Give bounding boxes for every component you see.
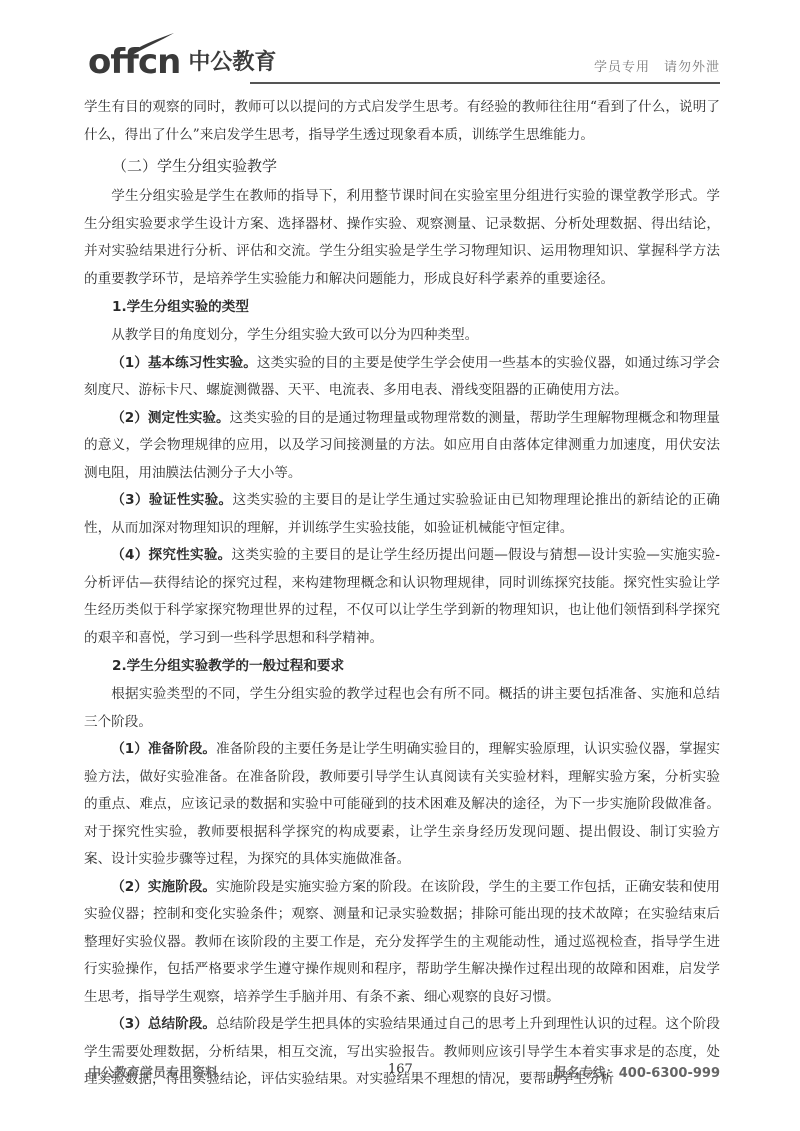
students-only-label: 学员专用 <box>594 60 650 75</box>
experiment-type-1: （1）基本练习性实验。这类实验的目的主要是使学生学会使用一些基本的实验仪器，如通… <box>84 350 720 405</box>
item-text: 实施阶段是实施实验方案的阶段。在该阶段，学生的主要工作包括，正确安装和使用实验仪… <box>84 879 720 1005</box>
page-header: offcn 中公教育 学员专用请勿外泄 <box>88 38 720 84</box>
item-lead: （2）测定性实验。 <box>111 410 229 426</box>
do-not-leak-label: 请勿外泄 <box>664 60 720 75</box>
item-lead: （1）基本练习性实验。 <box>111 355 257 371</box>
logo-swoosh-icon <box>126 32 176 56</box>
logo-chinese-text: 中公教育 <box>188 44 276 82</box>
confidential-tag: 学员专用请勿外泄 <box>594 56 720 75</box>
subsection-1-intro: 从教学目的角度划分，学生分组实验大致可以分为四种类型。 <box>84 322 720 350</box>
stage-1: （1）准备阶段。准备阶段的主要任务是让学生明确实验目的，理解实验原理，认识实验仪… <box>84 736 720 874</box>
intro-paragraph: 学生有目的观察的同时，教师可以以提问的方式启发学生思考。有经验的教师往往用“看到… <box>84 94 720 149</box>
experiment-type-4: （4）探究性实验。这类实验的主要目的是让学生经历提出问题—假设与猜想—设计实验—… <box>84 542 720 652</box>
offcn-logo: offcn 中公教育 <box>88 38 276 82</box>
section-intro-paragraph: 学生分组实验是学生在教师的指导下，利用整节课时间在实验室里分组进行实验的课堂教学… <box>84 183 720 293</box>
page-number: 167 <box>388 1062 413 1077</box>
subsection-2-intro: 根据实验类型的不同，学生分组实验的教学过程也会有所不同。概括的讲主要包括准备、实… <box>84 681 720 736</box>
item-lead: （3）总结阶段。 <box>111 1016 216 1032</box>
subsection-2-title: 2.学生分组实验教学的一般过程和要求 <box>112 652 720 681</box>
item-lead: （3）验证性实验。 <box>111 492 232 508</box>
item-lead: （1）准备阶段。 <box>111 741 216 757</box>
stage-2: （2）实施阶段。实施阶段是实施实验方案的阶段。在该阶段，学生的主要工作包括，正确… <box>84 874 720 1012</box>
item-lead: （2）实施阶段。 <box>111 879 216 895</box>
item-text: 准备阶段的主要任务是让学生明确实验目的，理解实验原理，认识实验仪器，掌握实验方法… <box>84 741 720 867</box>
item-lead: （4）探究性实验。 <box>111 547 231 563</box>
page-footer: 中公教育学员专用资料 167 报名专线：400-6300-999 <box>88 1062 720 1086</box>
subsection-1-title: 1.学生分组实验的类型 <box>112 293 720 322</box>
experiment-type-2: （2）测定性实验。这类实验的目的是通过物理量或物理常数的测量，帮助学生理解物理概… <box>84 405 720 488</box>
experiment-type-3: （3）验证性实验。这类实验的主要目的是让学生通过实验验证由已知物理理论推出的新结… <box>84 487 720 542</box>
header-divider <box>250 82 720 84</box>
document-body: 学生有目的观察的同时，教师可以以提问的方式启发学生思考。有经验的教师往往用“看到… <box>84 94 720 1094</box>
footer-material-label: 中公教育学员专用资料 <box>88 1062 218 1081</box>
section-title: （二）学生分组实验教学 <box>112 149 720 183</box>
footer-hotline: 报名专线：400-6300-999 <box>554 1062 720 1081</box>
